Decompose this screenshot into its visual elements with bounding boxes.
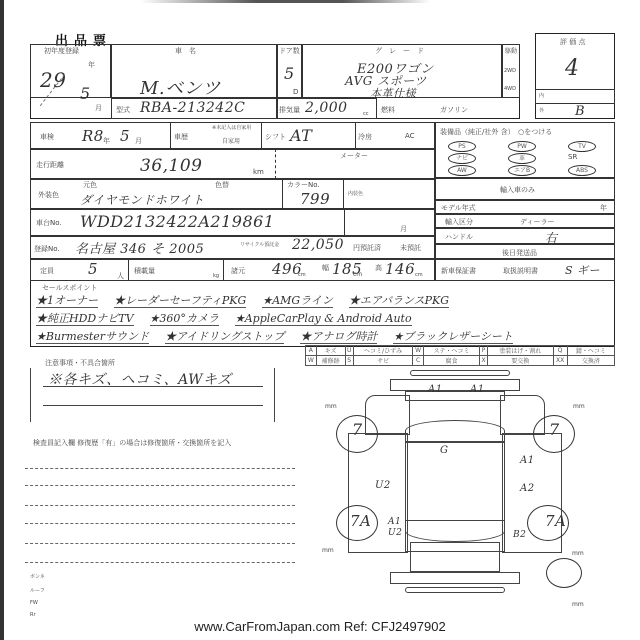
height-unit: cm — [415, 272, 423, 278]
door-unit: D — [293, 88, 298, 96]
front-bumper-mark-left: A1 — [428, 384, 443, 395]
dimensions-label: 諸元 — [231, 266, 245, 276]
ac-label: 冷房 — [358, 132, 372, 142]
shift: AT — [290, 126, 312, 145]
equipment-grid: PSPWTVナビ革SRAWエアBABS — [436, 140, 614, 178]
scan-edge — [0, 0, 4, 640]
notes-line-2 — [43, 405, 263, 406]
displacement: 2,000 — [305, 100, 348, 116]
ac-value: AC — [405, 132, 415, 140]
kg-unit: kg — [213, 273, 219, 279]
legend-cell: P — [480, 346, 488, 356]
model-year-unit: 年 — [600, 203, 607, 213]
mm-spare: mm — [572, 601, 584, 608]
footer-reference: www.CarFromJapan.com Ref: CFJ2497902 — [0, 619, 640, 634]
inspector-title: 検査員記入欄 修復歴「有」の場合は修復箇所・交換箇所を記入 — [33, 438, 231, 448]
mm-front-right: mm — [573, 403, 585, 410]
sales-point-row: ★1オーナー★レーダーセーフティPKG★AMGライン★エアバランスPKG — [36, 292, 465, 308]
mm-rear-right: mm — [572, 550, 584, 557]
mm-front-left: mm — [325, 403, 337, 410]
legend-cell: 交換済 — [567, 356, 614, 366]
color-no: 799 — [300, 190, 330, 208]
front-left-tyre-depth: 7 — [352, 420, 363, 439]
recycle-unpaid: 未預託 — [400, 243, 421, 253]
car-name-label: 車 名 — [175, 46, 196, 56]
chassis-label: 車台No. — [36, 218, 62, 228]
equipment-item: エアB — [508, 165, 536, 176]
history-note: ※未記入は自家用 — [212, 124, 251, 131]
mileage: 36,109 — [140, 156, 202, 176]
damage-legend: AキズUヘコミ/ひずみWステ・ヘコミP塗装はげ・割れQ錆・ヘコミW補修跡SサビC… — [305, 345, 615, 366]
exterior-score-label: 外 — [539, 107, 544, 114]
exterior-color: ダイヤモンドホワイト — [80, 191, 204, 208]
exterior-color-label: 外装色 — [38, 190, 59, 200]
front-right-tyre-depth: 7 — [549, 420, 560, 439]
height: 146 — [385, 260, 415, 278]
width-label: 幅 — [322, 263, 329, 273]
legend-cell: 塗装はげ・割れ — [487, 346, 553, 356]
model-code-label: 型式 — [116, 105, 130, 115]
interior-color-label: 内装色 — [348, 190, 363, 197]
left-side-mark: U2 — [375, 480, 391, 491]
load-label: 積載量 — [134, 266, 155, 276]
plate-no: 名古屋 346 そ 2005 — [75, 238, 204, 257]
capacity-label: 定員 — [40, 266, 54, 276]
legend-cell: 補修跡 — [316, 356, 345, 366]
front-bumper-mark-right: A1 — [470, 384, 485, 395]
legend-cell: U — [345, 346, 353, 356]
sales-point: ★レーダーセーフティPKG — [114, 294, 246, 308]
notes-line-1 — [43, 386, 263, 387]
equipment-item: PS — [448, 141, 476, 152]
sales-point-row: ★純正HDDナビTV★360°カメラ★AppleCarPlay & Androi… — [36, 310, 428, 326]
side-label-roof: ルーフ — [30, 587, 45, 594]
notes-title: 注意事項・不具合箇所 — [45, 358, 115, 368]
legend-cell: W — [413, 346, 424, 356]
equipment-item: ナビ — [448, 153, 476, 164]
legend-cell: X — [480, 356, 488, 366]
legend-cell: 錆・ヘコミ — [567, 346, 614, 356]
legend-cell: 腐食 — [423, 356, 479, 366]
cc-unit: cc — [363, 111, 369, 117]
equipment-item: ABS — [568, 165, 596, 176]
legend-cell: S — [345, 356, 353, 366]
drive-label: 駆動 — [505, 46, 517, 55]
manual-label: 取扱説明書 — [503, 266, 538, 276]
drive-4wd: 4WD — [504, 86, 516, 92]
width-unit: cm — [353, 271, 362, 278]
model-year-label: モデル年式 — [441, 203, 476, 213]
history-label: 車歴 — [174, 132, 188, 142]
recycle-fee: 22,050 — [292, 237, 344, 253]
equipment-item: 革 — [508, 153, 536, 164]
chassis-date-cell — [344, 209, 435, 236]
doors: 5 — [284, 64, 295, 83]
side-label-fw: FW — [30, 600, 38, 606]
rear-right-tyre-depth: 7A — [545, 512, 566, 530]
legend-cell: A — [306, 346, 317, 356]
legend-cell: サビ — [353, 356, 413, 366]
reg-month: 5 — [80, 84, 91, 103]
right-side-mark-1: A1 — [520, 455, 535, 466]
sales-point: ★アイドリングストップ — [165, 330, 284, 344]
plate-label: 登録No. — [34, 244, 60, 254]
color-change-label: 色替 — [215, 180, 229, 190]
legend-cell: C — [413, 356, 424, 366]
inspection-label: 車検 — [40, 132, 54, 142]
first-registration-label: 初年度登録 — [44, 46, 79, 56]
equipment-item: AW — [448, 165, 476, 176]
equipment-label: 装備品（純正/社外 含） ○をつける — [440, 127, 552, 137]
rear-left-mark-1: A1 — [388, 517, 401, 527]
month-unit: 月 — [95, 103, 102, 113]
accessories-label: 後日発送品 — [502, 248, 537, 258]
sales-point: ★360°カメラ — [150, 312, 219, 326]
drive-2wd: 2WD — [504, 68, 516, 74]
length-unit: cm — [298, 272, 306, 278]
sales-point: ★AMGライン — [262, 294, 333, 308]
legend-cell: Q — [553, 346, 567, 356]
equipment-item: PW — [508, 141, 536, 152]
inspection-month-unit: 月 — [135, 136, 142, 146]
color-no-label: カラーNo. — [287, 180, 320, 190]
fuel: ガソリン — [440, 105, 468, 115]
meter-label: メーター — [340, 151, 368, 161]
equipment-item: SR — [568, 153, 577, 161]
sales-point: ★エアバランスPKG — [349, 294, 449, 308]
manual-value: S ギー — [565, 262, 600, 278]
score: 4 — [565, 56, 580, 81]
sales-point-row: ★Burmesterサウンド★アイドリングストップ★アナログ時計★ブラックレザー… — [36, 328, 529, 344]
equipment-item: TV — [568, 141, 596, 152]
inspection-month: 5 — [120, 127, 130, 145]
recycle-unit: 円預託済 — [353, 243, 381, 253]
sales-point: ★Burmesterサウンド — [36, 330, 149, 344]
exterior-score: B — [575, 104, 585, 119]
warranty-label: 新車保証書 — [441, 266, 476, 276]
import-only-label: 輸入車のみ — [500, 185, 535, 195]
rear-right-mark: B2 — [513, 530, 526, 540]
rear-left-tyre-depth: 7A — [350, 512, 371, 530]
import-type-label: 輸入区分 — [445, 217, 473, 227]
sales-point: ★1オーナー — [36, 294, 98, 308]
rear-left-mark-2: U2 — [388, 528, 402, 538]
legend-cell: W — [306, 356, 317, 366]
capacity: 5 — [88, 260, 98, 278]
interior-score-label: 内 — [539, 92, 544, 99]
chassis-no: WDD2132422A219861 — [80, 212, 275, 231]
sales-point: ★純正HDDナビTV — [36, 312, 134, 326]
handle-label: ハンドル — [445, 232, 473, 242]
score-label: 評 価 点 — [560, 37, 585, 47]
displacement-label: 排気量 — [279, 105, 300, 115]
fuel-label: 燃料 — [381, 105, 395, 115]
legend-cell: ヘコミ/ひずみ — [353, 346, 413, 356]
windshield-mark: G — [440, 445, 449, 456]
right-side-mark-2: A2 — [520, 483, 535, 494]
height-label: 高 — [375, 263, 382, 273]
sales-point: ★AppleCarPlay & Android Auto — [235, 312, 412, 326]
side-label-rr: Rr — [30, 612, 36, 618]
model-code: RBA-213242C — [140, 100, 245, 116]
legend-cell: キズ — [316, 346, 345, 356]
legend-cell: 要交換 — [487, 356, 553, 366]
legend-cell: XX — [553, 356, 567, 366]
scan-edge-top — [140, 0, 430, 3]
km-unit: km — [253, 168, 264, 176]
chassis-month-unit: 月 — [400, 224, 407, 234]
original-color-label: 元色 — [83, 180, 97, 190]
shift-label: シフト — [265, 132, 286, 142]
side-label-bonnet: ボンネ — [30, 573, 45, 580]
legend-cell: ステ・ヘコミ — [423, 346, 479, 356]
grade-label: グ レ ー ド — [375, 46, 424, 56]
capacity-unit: 人 — [117, 271, 124, 281]
doors-label: ドア数 — [279, 46, 300, 56]
interior-score-cell — [535, 89, 615, 104]
recycle-label: リサイクル預託金 — [240, 241, 279, 248]
car-name: M.ベンツ — [140, 74, 221, 100]
inspection-year-unit: 年 — [103, 136, 110, 146]
sales-point: ★ブラックレザーシート — [393, 330, 512, 344]
import-type: ディーラー — [520, 217, 554, 227]
tyre-spare — [546, 558, 582, 588]
history-value: 自家用 — [222, 136, 240, 145]
mm-rear-left: mm — [322, 547, 334, 554]
year-unit: 年 — [88, 60, 95, 70]
inspection-year: R8 — [82, 127, 104, 145]
mileage-label: 走行距離 — [36, 160, 64, 170]
sales-point: ★アナログ時計 — [300, 330, 377, 344]
